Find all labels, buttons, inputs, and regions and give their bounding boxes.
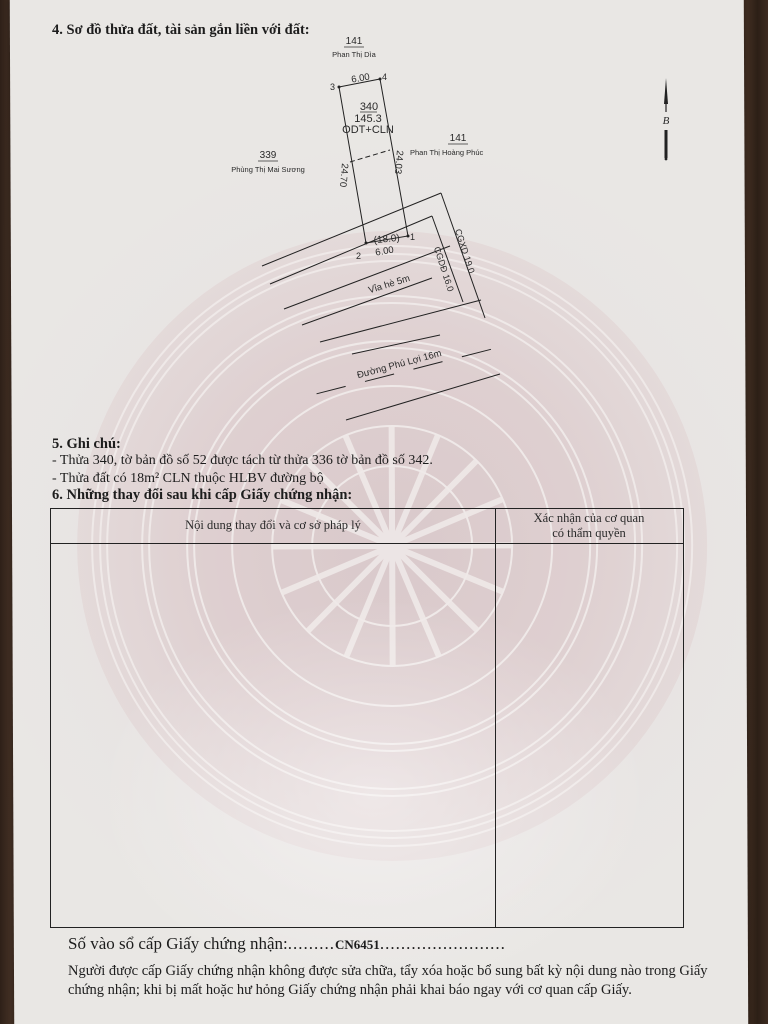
table-header-confirmation: Xác nhận của cơ quan có thẩm quyền bbox=[495, 511, 683, 541]
vertex-3: 3 bbox=[330, 82, 335, 92]
changes-table: Nội dung thay đổi và cơ sở pháp lý Xác n… bbox=[50, 508, 684, 928]
vertex-4: 4 bbox=[382, 72, 387, 82]
vertex-1: 1 bbox=[410, 232, 415, 242]
registry-number: CN6451 bbox=[335, 937, 380, 952]
sidewalk-label: Vỉa hè 5m bbox=[367, 273, 411, 296]
certificate-warning: Người được cấp Giấy chứng nhận không đượ… bbox=[68, 962, 708, 1000]
neighbor-north-number: 141 bbox=[346, 36, 363, 47]
neighbor-north-owner: Phan Thị Dìa bbox=[332, 50, 376, 59]
edge-bottom-length: 6.00 bbox=[375, 245, 395, 259]
neighbor-west-number: 339 bbox=[260, 150, 277, 161]
boundary-cgdd-label: CGDĐ 16.0 bbox=[432, 245, 456, 292]
edge-top-length: 6.00 bbox=[351, 72, 371, 86]
parcel-number: 340 bbox=[360, 101, 378, 113]
table-column-divider bbox=[495, 509, 496, 927]
boundary-cgxd-label: CGXD 19.0 bbox=[453, 228, 477, 275]
table-header-divider bbox=[51, 543, 683, 544]
registry-line: Số vào sổ cấp Giấy chứng nhận:.........C… bbox=[68, 934, 506, 954]
note-1: - Thửa 340, tờ bản đồ số 52 được tách từ… bbox=[52, 453, 433, 469]
registry-label: Số vào sổ cấp Giấy chứng nhận: bbox=[68, 934, 288, 953]
parcel-diagram: 141 Phan Thị Dìa 141 Phan Thị Hoàng Phúc… bbox=[0, 0, 768, 430]
edge-left-length: 24.70 bbox=[337, 163, 350, 188]
edge-right-length: 24.03 bbox=[392, 150, 405, 175]
neighbor-west-owner: Phùng Thị Mai Sương bbox=[231, 165, 305, 174]
corridor-area: (18.0) bbox=[373, 233, 400, 247]
section-6-title: 6. Những thay đổi sau khi cấp Giấy chứng… bbox=[52, 487, 352, 504]
table-header-changes: Nội dung thay đổi và cơ sở pháp lý bbox=[51, 518, 495, 533]
note-2: - Thửa đất có 18m² CLN thuộc HLBV đường … bbox=[52, 471, 324, 487]
parcel-land-use: ODT+CLN bbox=[342, 124, 394, 136]
neighbor-east-owner: Phan Thị Hoàng Phúc bbox=[410, 148, 483, 157]
section-5-title: 5. Ghi chú: bbox=[52, 436, 121, 453]
north-arrow-label: B bbox=[663, 115, 670, 127]
vertex-2: 2 bbox=[356, 251, 361, 261]
neighbor-east-number: 141 bbox=[450, 133, 467, 144]
